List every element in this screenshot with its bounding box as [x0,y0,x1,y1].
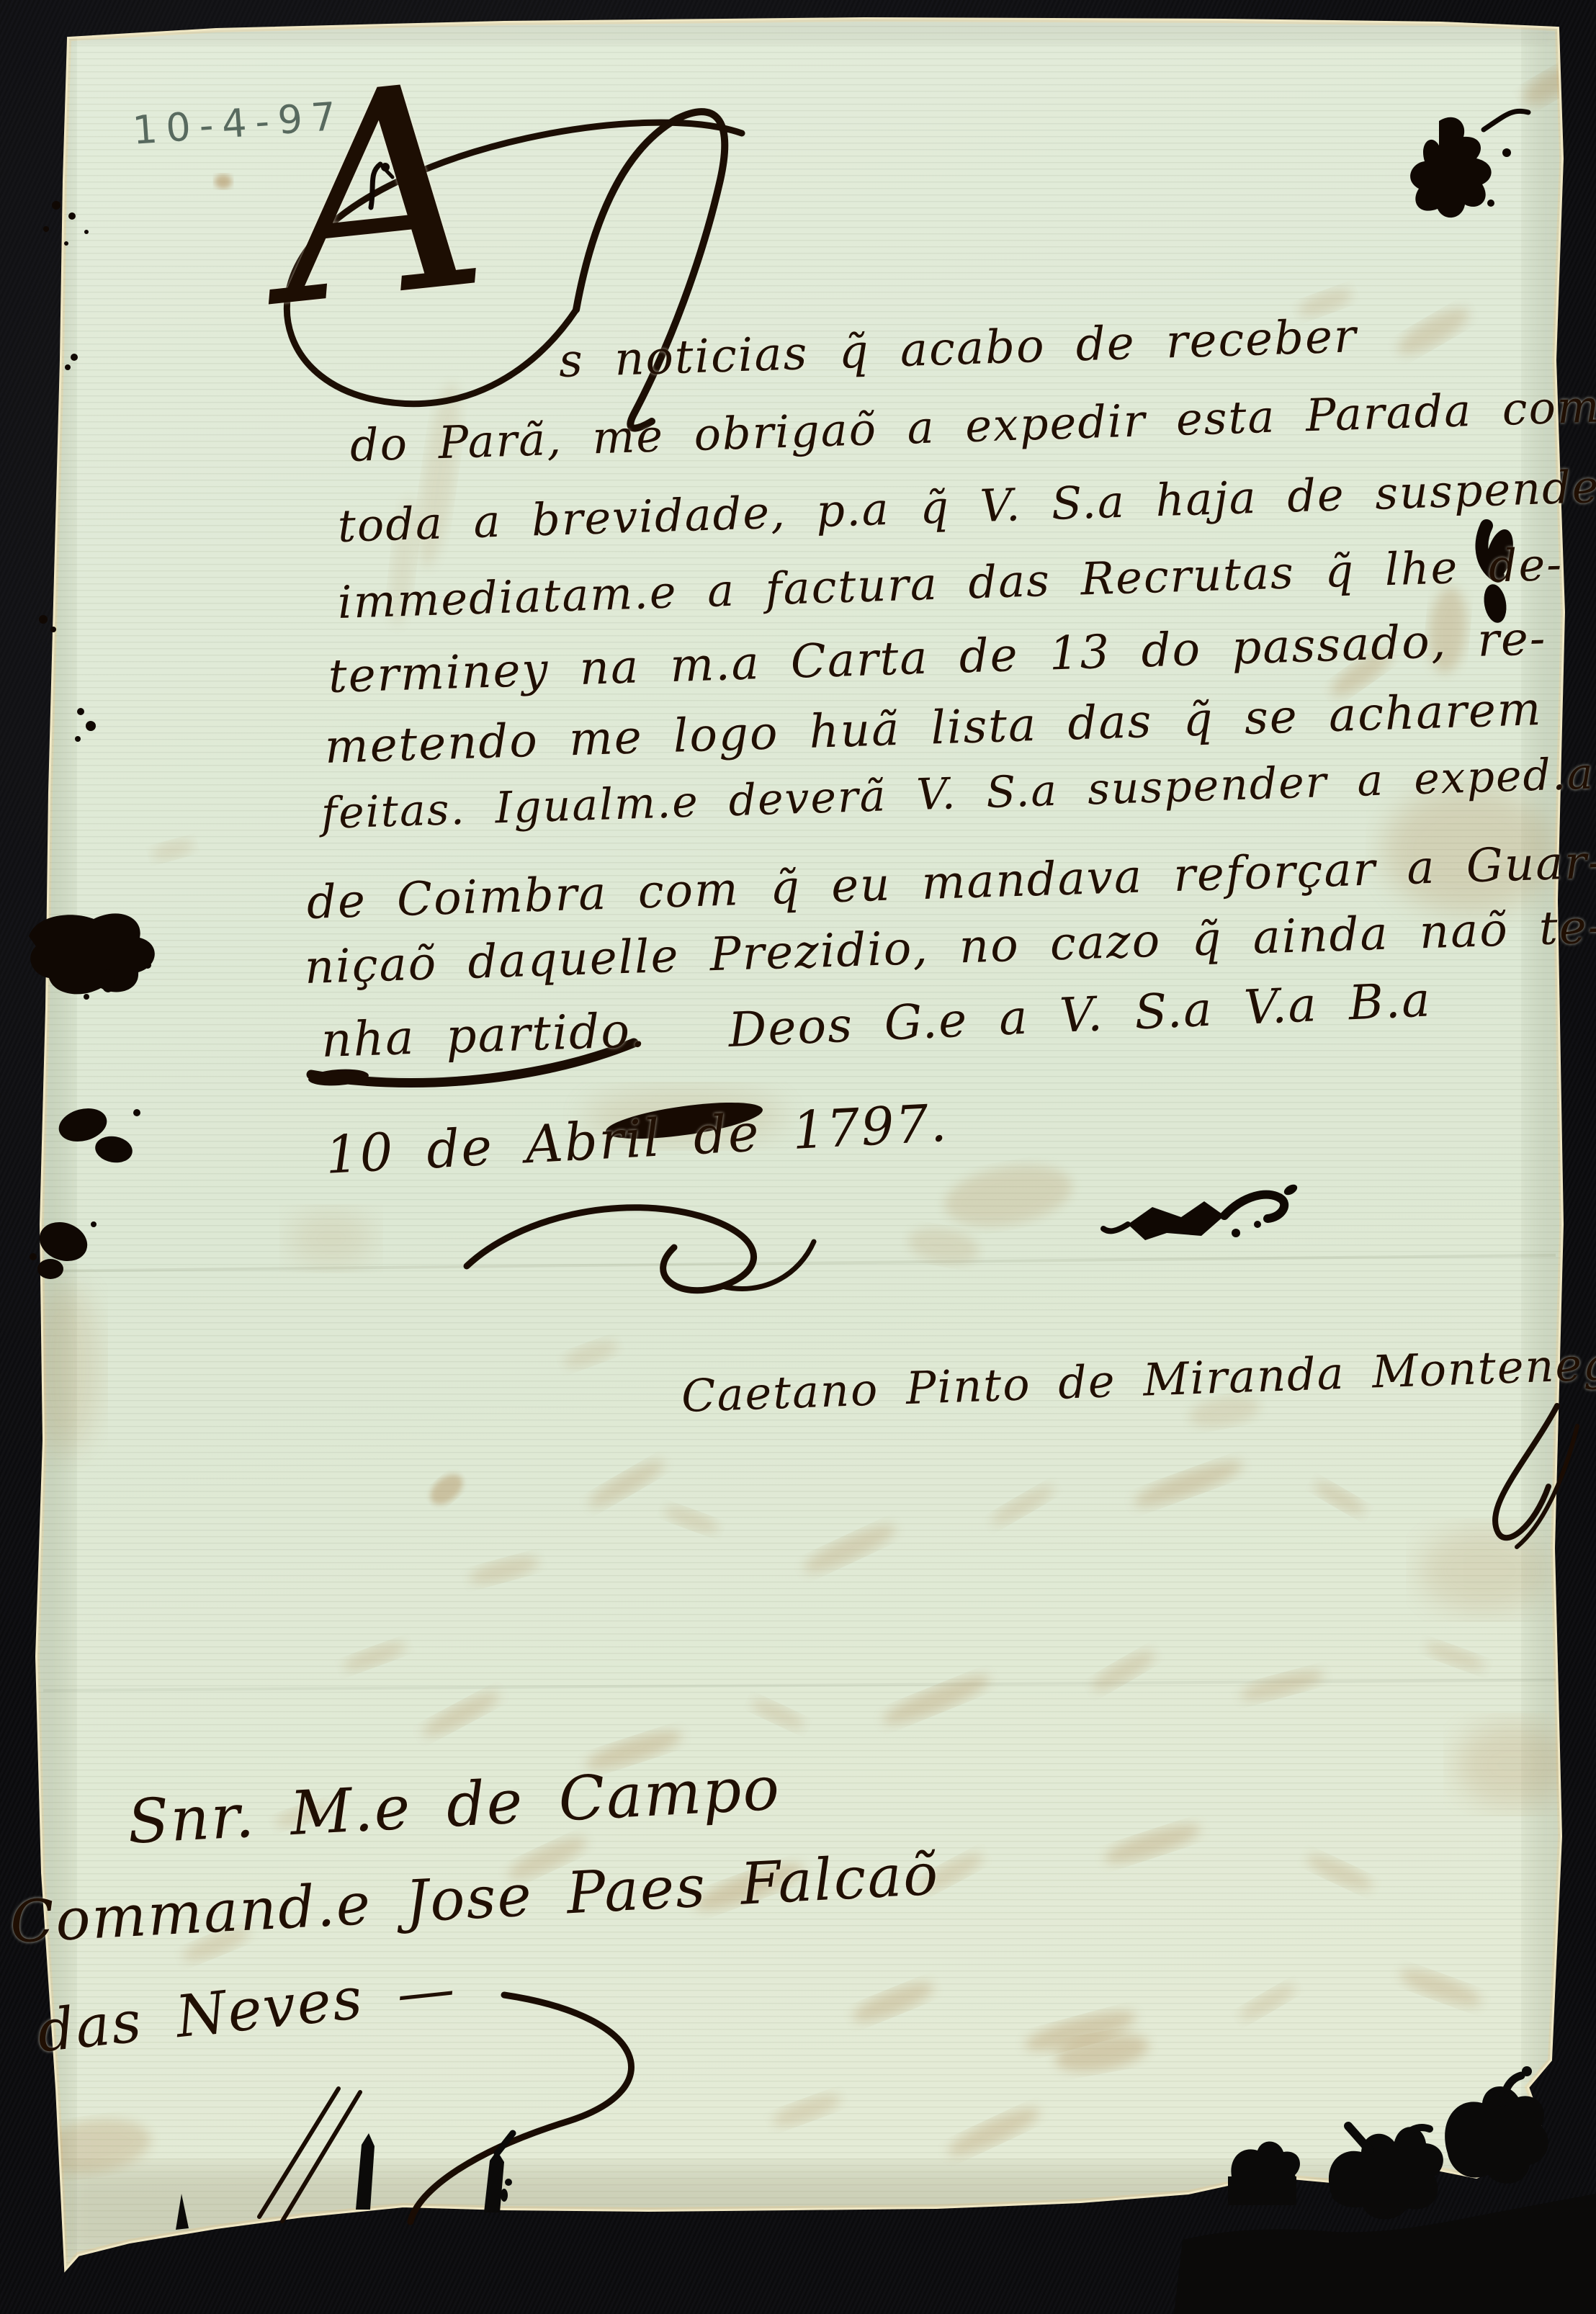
letter-line-3: toda a brevidade, p.a q̃ V. S.a haja de … [337,464,1596,549]
scan-backdrop: 10-4-97 A s noticias q̃ acabo de receber… [0,0,1596,2314]
closing-right: Deos G.e a V. S.a V.a B.a [727,976,1433,1054]
letter-line-5: terminey na m.a Carta de 13 do passado, … [328,616,1547,700]
signature: Caetano Pinto de Miranda Montenegro [681,1340,1596,1419]
initial-capital: A [268,73,493,318]
closing-left: nha partido. [320,1007,647,1064]
date-line: 10 de Abril de 1797. [324,1097,949,1181]
letter-line-1: s noticias q̃ acabo de receber [558,313,1358,385]
letter-content: 10-4-97 A s noticias q̃ acabo de receber… [0,0,1596,2314]
address-line-3: das Neves — [35,1960,459,2061]
address-line-1: Snr. M.e de Campo [126,1757,782,1852]
address-line-2: Command.e Jose Paes Falcaõ [9,1845,941,1951]
letter-line-2: do Parã, me obrigaõ a expedir esta Parad… [349,384,1596,468]
letter-line-4: immediatam.e a factura das Recrutas q̃ l… [337,542,1564,625]
